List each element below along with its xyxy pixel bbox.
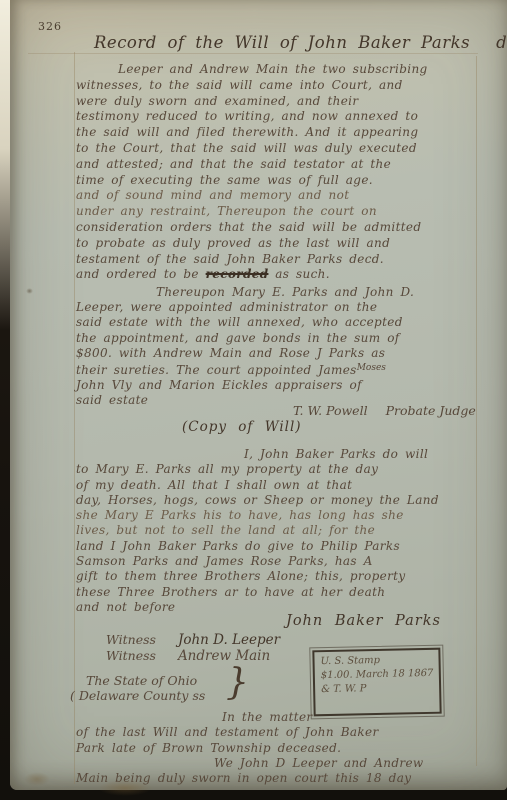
handwritten-line: under any restraint, Thereupon the court… (76, 204, 428, 220)
witness-name: Andrew Main (178, 648, 270, 664)
struck-word: recorded (206, 267, 269, 281)
handwritten-line: testament of the said John Baker Parks d… (76, 252, 428, 268)
handwritten-line: of my death. All that I shall own at tha… (76, 478, 439, 493)
venue-county-line: ( Delaware County ss (70, 688, 205, 703)
handwritten-line: to Mary E. Parks all my property at the … (76, 462, 439, 477)
handwritten-line: testimony reduced to writing, and now an… (76, 109, 428, 125)
witness-name: John D. Leeper (178, 632, 280, 648)
handwritten-line: to the Court, that the said will was dul… (76, 141, 428, 157)
testator-signature: John Baker Parks (286, 613, 441, 629)
page-number: 326 (38, 20, 62, 33)
probate-entry-paragraph: Leeper and Andrew Main the two subscribi… (76, 62, 428, 283)
handwritten-line: consideration orders that the said will … (76, 220, 428, 236)
photographed-ledger-page: 326 Record of the Will of John Baker Par… (0, 0, 507, 800)
handwritten-line-with-strikeout: and ordered to be recorded as such. (76, 267, 428, 283)
handwritten-line: Park late of Brown Township deceased. (76, 741, 424, 756)
witness-label: Witness (106, 632, 156, 647)
handwritten-line: Thereupon Mary E. Parks and John D. (76, 285, 414, 300)
handwritten-line: witnesses, to the said will came into Co… (76, 78, 428, 94)
document-title: Record of the Will of John Baker Parksde… (94, 33, 507, 52)
handwritten-line: time of executing the same was of full a… (76, 173, 428, 189)
title-text: Record of the Will of John Baker Parks (94, 33, 470, 52)
handwritten-line: lives, but not to sell the land at all; … (76, 523, 439, 538)
will-text-paragraph: I, John Baker Parks do will to Mary E. P… (76, 447, 439, 615)
handwritten-line: Samson Parks and James Rose Parks, has A (76, 554, 439, 569)
handwritten-line: and of sound mind and memory and not (76, 188, 428, 204)
handwritten-line: gift to them three Brothers Alone; this,… (76, 569, 439, 584)
handwritten-line: to probate as duly proved as the last wi… (76, 236, 428, 252)
handwritten-line: and attested; and that the said testator… (76, 157, 428, 173)
handwritten-line: Main being duly sworn in open court this… (76, 771, 424, 786)
copy-of-will-heading: (Copy of Will) (182, 419, 302, 435)
handwritten-line: Leeper, were appointed administrator on … (76, 300, 414, 315)
will-opening-line: I, John Baker Parks do will (76, 447, 439, 462)
handwritten-line: said estate with the will annexed, who a… (76, 315, 414, 330)
handwritten-line: In the matter (76, 710, 424, 725)
venue-state-line: The State of Ohio (86, 673, 197, 688)
stamp-line: $1.00. March 18 1867 (321, 667, 433, 683)
witness-row: WitnessJohn D. Leeper (106, 632, 280, 648)
handwritten-line: $800. with Andrew Main and Rose J Parks … (76, 346, 414, 361)
administration-paragraph: Thereupon Mary E. Parks and John D. Leep… (76, 285, 414, 409)
handwritten-line: of the last Will and testament of John B… (76, 725, 424, 740)
handwritten-content: 326 Record of the Will of John Baker Par… (0, 0, 507, 800)
judge-title: Probate Judge (386, 403, 476, 418)
judge-signature: T. W. Powell (293, 403, 368, 418)
handwritten-line: Leeper and Andrew Main the two subscribi… (76, 62, 428, 78)
title-suffix: deceased (496, 33, 507, 52)
handwritten-line: the said will and filed therewith. And i… (76, 125, 428, 141)
handwritten-line: were duly sworn and examined, and their (76, 94, 428, 110)
handwritten-line: We John D Leeper and Andrew (76, 756, 424, 771)
strike-post: as such. (268, 267, 329, 281)
stamp-line: & T. W. P (321, 681, 433, 697)
witness-label: Witness (106, 648, 156, 663)
handwritten-line: day, Horses, hogs, cows or Sheep or mone… (76, 493, 439, 508)
revenue-stamp-box: U. S. Stamp $1.00. March 18 1867 & T. W.… (312, 648, 441, 717)
insert-pre: their sureties. The court appointed Jame… (76, 363, 357, 377)
venue-brace: } (226, 662, 249, 703)
strike-pre: and ordered to be (76, 267, 206, 281)
inserted-word: Moses (357, 363, 386, 373)
handwritten-line: John Vly and Marion Eickles appraisers o… (76, 378, 414, 393)
handwritten-line: the appointment, and gave bonds in the s… (76, 331, 414, 346)
handwritten-line: land I John Baker Parks do give to Phili… (76, 539, 439, 554)
matter-paragraph: In the matter of the last Will and testa… (76, 710, 424, 786)
handwritten-line-with-insertion: their sureties. The court appointed Jame… (76, 361, 414, 378)
handwritten-line: she Mary E Parks his to have, has long h… (76, 508, 439, 523)
judge-signature-line: T. W. PowellProbate Judge (293, 403, 476, 418)
handwritten-line: these Three Brothers ar to have at her d… (76, 585, 439, 600)
